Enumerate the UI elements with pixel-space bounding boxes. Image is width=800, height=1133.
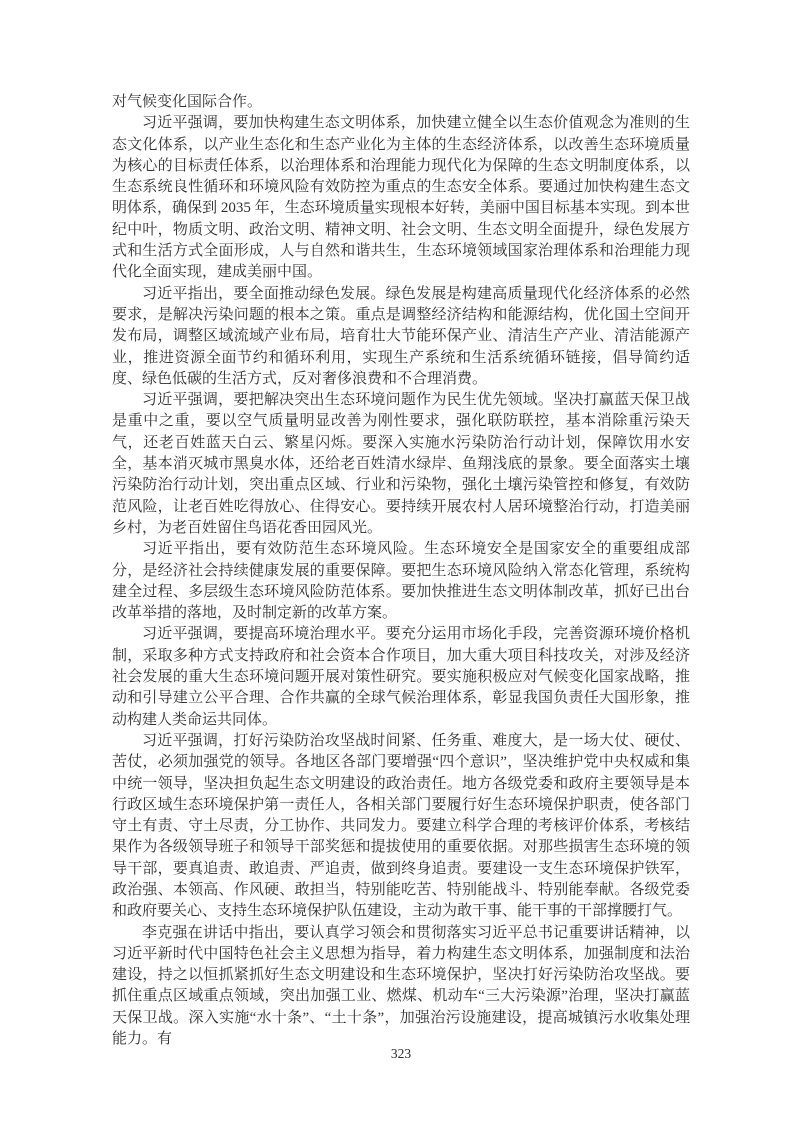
document-page: 对气候变化国际合作。 习近平强调，要加快构建生态文明体系，加快建立健全以生态价值…	[0, 0, 800, 1133]
paragraph: 习近平强调，要加快构建生态文明体系，加快建立健全以生态价值观念为准则的生态文化体…	[112, 113, 690, 283]
paragraph: 习近平强调，要把解决突出生态环境问题作为民生优先领域。坚决打赢蓝天保卫战是重中之…	[112, 390, 690, 539]
paragraph: 李克强在讲话中指出，要认真学习领会和贯彻落实习近平总书记重要讲话精神，以习近平新…	[112, 923, 690, 1051]
paragraph: 习近平强调，打好污染防治攻坚战时间紧、任务重、难度大，是一场大仗、硬仗、苦仗，必…	[112, 731, 690, 923]
paragraph-continuation: 对气候变化国际合作。	[112, 92, 690, 113]
paragraph: 习近平指出，要全面推动绿色发展。绿色发展是构建高质量现代化经济体系的必然要求，是…	[112, 284, 690, 390]
paragraph: 习近平指出，要有效防范生态环境风险。生态环境安全是国家安全的重要组成部分，是经济…	[112, 539, 690, 624]
page-text-block: 对气候变化国际合作。 习近平强调，要加快构建生态文明体系，加快建立健全以生态价值…	[112, 92, 690, 1050]
paragraph: 习近平强调，要提高环境治理水平。要充分运用市场化手段，完善资源环境价格机制，采取…	[112, 624, 690, 730]
page-number: 323	[112, 1046, 690, 1062]
